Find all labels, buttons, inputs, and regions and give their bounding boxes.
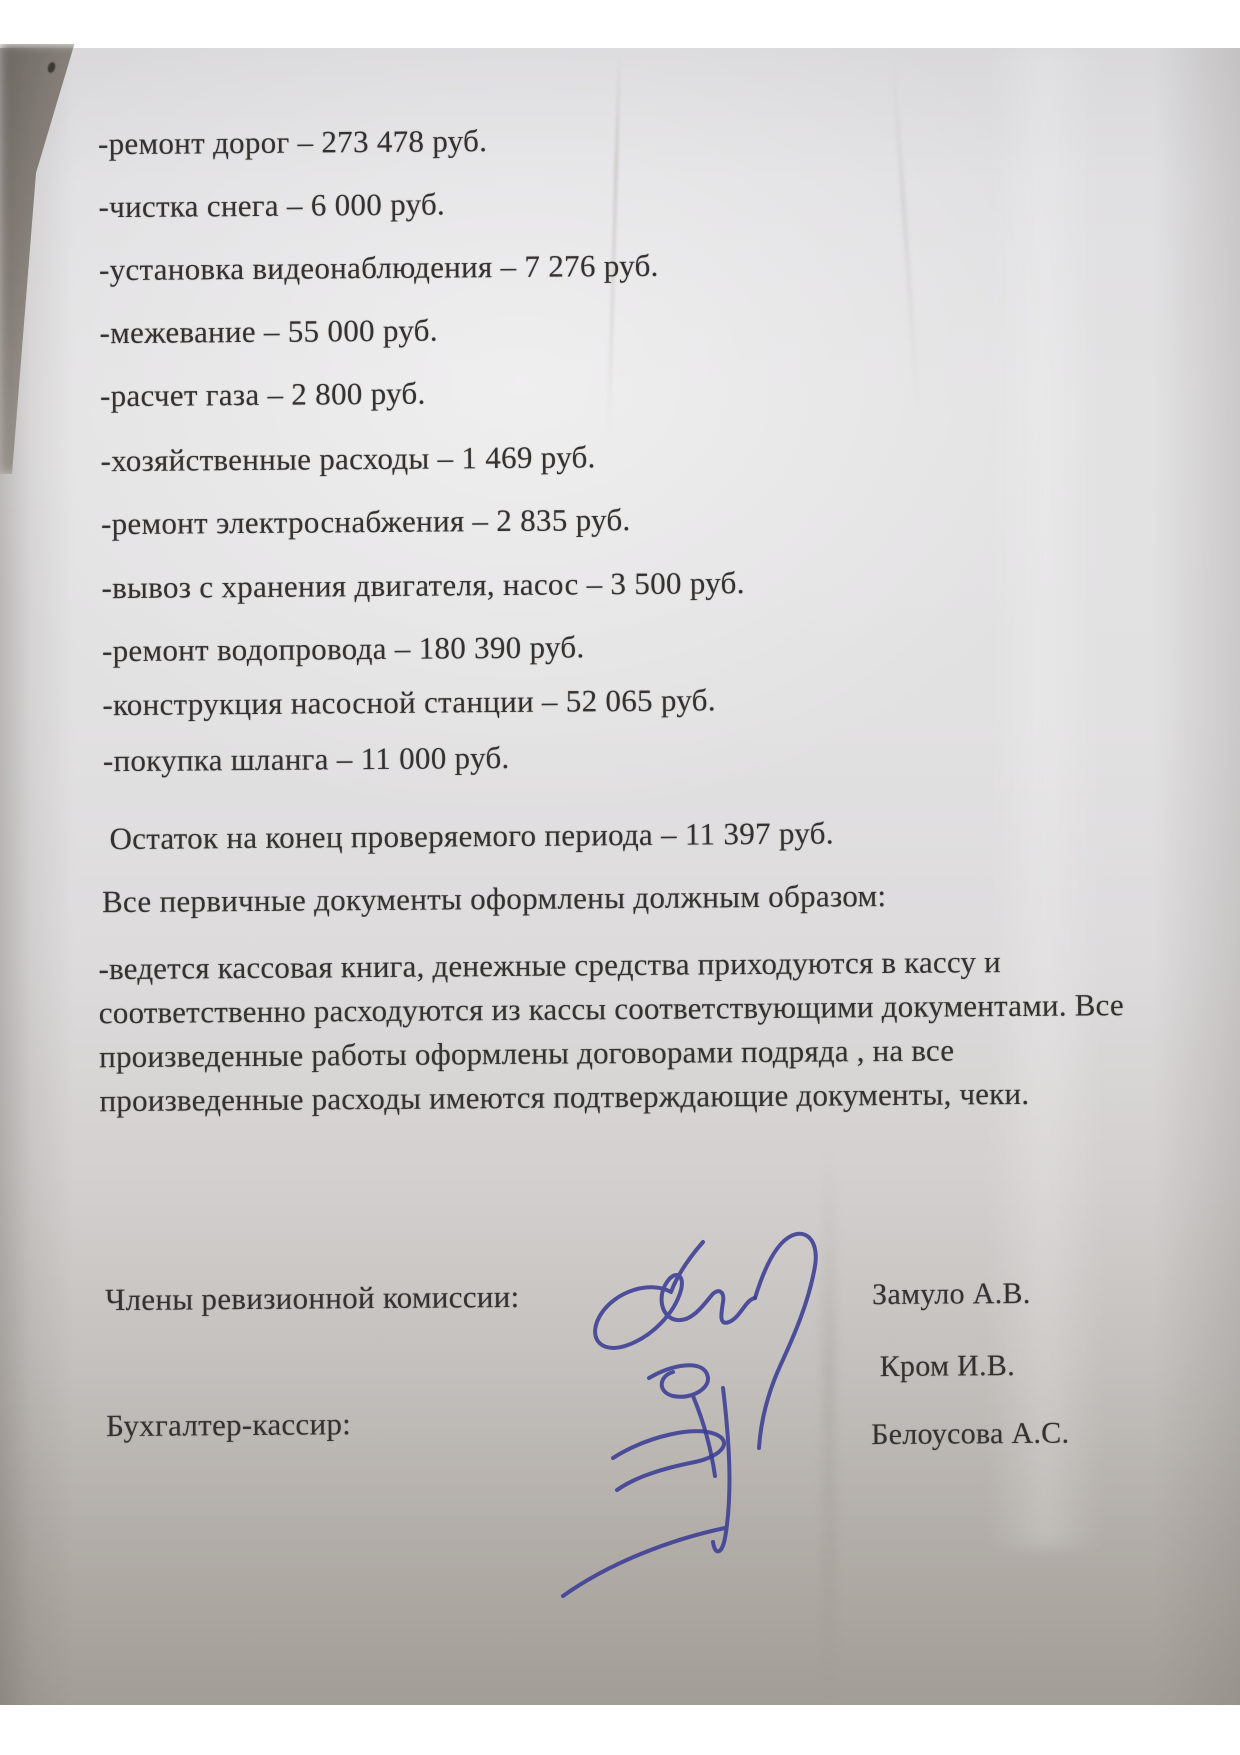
paragraph-line: соответственно расходуются из кассы соот… <box>99 983 1109 1035</box>
paragraph-line: -ведется кассовая книга, денежные средст… <box>98 939 1108 991</box>
paragraph-line: произведенные расходы имеются подтвержда… <box>99 1071 1109 1123</box>
expense-line: -расчет газа – 2 800 руб. <box>100 376 426 415</box>
balance-line: Остаток на конец проверяемого периода – … <box>109 815 834 857</box>
expense-line: -ремонт водопровода – 180 390 руб. <box>102 629 585 669</box>
signatory-name: Белоусова А.С. <box>871 1417 1069 1453</box>
photographed-document-page: -ремонт дорог – 273 478 руб. -чистка сне… <box>0 0 1240 1755</box>
expense-line: -ремонт дорог – 273 478 руб. <box>98 123 487 162</box>
handwritten-signature-ink <box>553 1228 845 1633</box>
accountant-cashier-label: Бухгалтер-кассир: <box>106 1406 351 1444</box>
cash-book-paragraph: -ведется кассовая книга, денежные средст… <box>98 939 1109 1123</box>
expense-line: -межевание – 55 000 руб. <box>99 313 438 352</box>
documents-note-line: Все первичные документы оформлены должны… <box>102 878 887 920</box>
expense-line: -установка видеонаблюдения – 7 276 руб. <box>99 248 659 288</box>
commission-members-label: Члены ревизионной комиссии: <box>105 1279 520 1318</box>
signatory-name: Кром И.В. <box>880 1349 1016 1384</box>
signatory-name: Замуло А.В. <box>872 1277 1031 1312</box>
expense-line: -ремонт электроснабжения – 2 835 руб. <box>101 502 631 542</box>
expense-line: -покупка шланга – 11 000 руб. <box>103 740 510 779</box>
expense-line: -вывоз с хранения двигателя, насос – 3 5… <box>101 565 744 606</box>
expense-line: -конструкция насосной станции – 52 065 р… <box>102 682 716 723</box>
paragraph-line: произведенные работы оформлены договорам… <box>99 1027 1109 1079</box>
expense-line: -хозяйственные расходы – 1 469 руб. <box>100 439 595 479</box>
expense-line: -чистка снега – 6 000 руб. <box>98 186 445 225</box>
